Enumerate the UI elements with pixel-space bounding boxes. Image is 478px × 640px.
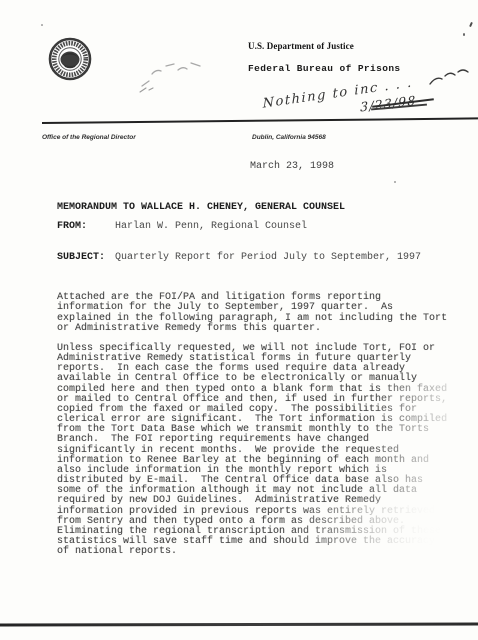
department-title: U.S. Department of Justice [248, 41, 354, 51]
office-location: Dublin, California 94568 [252, 134, 326, 141]
scan-speck [41, 24, 43, 26]
scan-speck [394, 181, 396, 183]
handwritten-note-tail-scribble [428, 66, 472, 97]
from-label: FROM: [57, 221, 87, 232]
memo-to-line: MEMORANDUM TO WALLACE H. CHENEY, GENERAL… [57, 202, 345, 213]
scan-speck [463, 33, 465, 36]
subject-value: Quarterly Report for Period July to Sept… [115, 252, 421, 263]
pencil-scribble-mark [136, 52, 208, 101]
body-paragraph-1: Attached are the FOI/PA and litigation f… [57, 293, 467, 334]
letterhead-rule [42, 117, 478, 124]
body-line: or Administrative Remedy forms this quar… [57, 324, 467, 334]
subject-label: SUBJECT: [57, 252, 105, 263]
page-bottom-rule [0, 622, 478, 626]
scan-fade-overlay [225, 503, 478, 561]
bureau-title: Federal Bureau of Prisons [248, 63, 401, 74]
from-value: Harlan W. Penn, Regional Counsel [115, 221, 307, 232]
memo-document-page: U.S. Department of Justice Federal Burea… [0, 0, 478, 640]
memo-date: March 23, 1998 [250, 161, 334, 172]
office-title: Office of the Regional Director [42, 134, 136, 141]
scan-speck [469, 22, 473, 27]
doj-seal-icon [48, 37, 92, 86]
